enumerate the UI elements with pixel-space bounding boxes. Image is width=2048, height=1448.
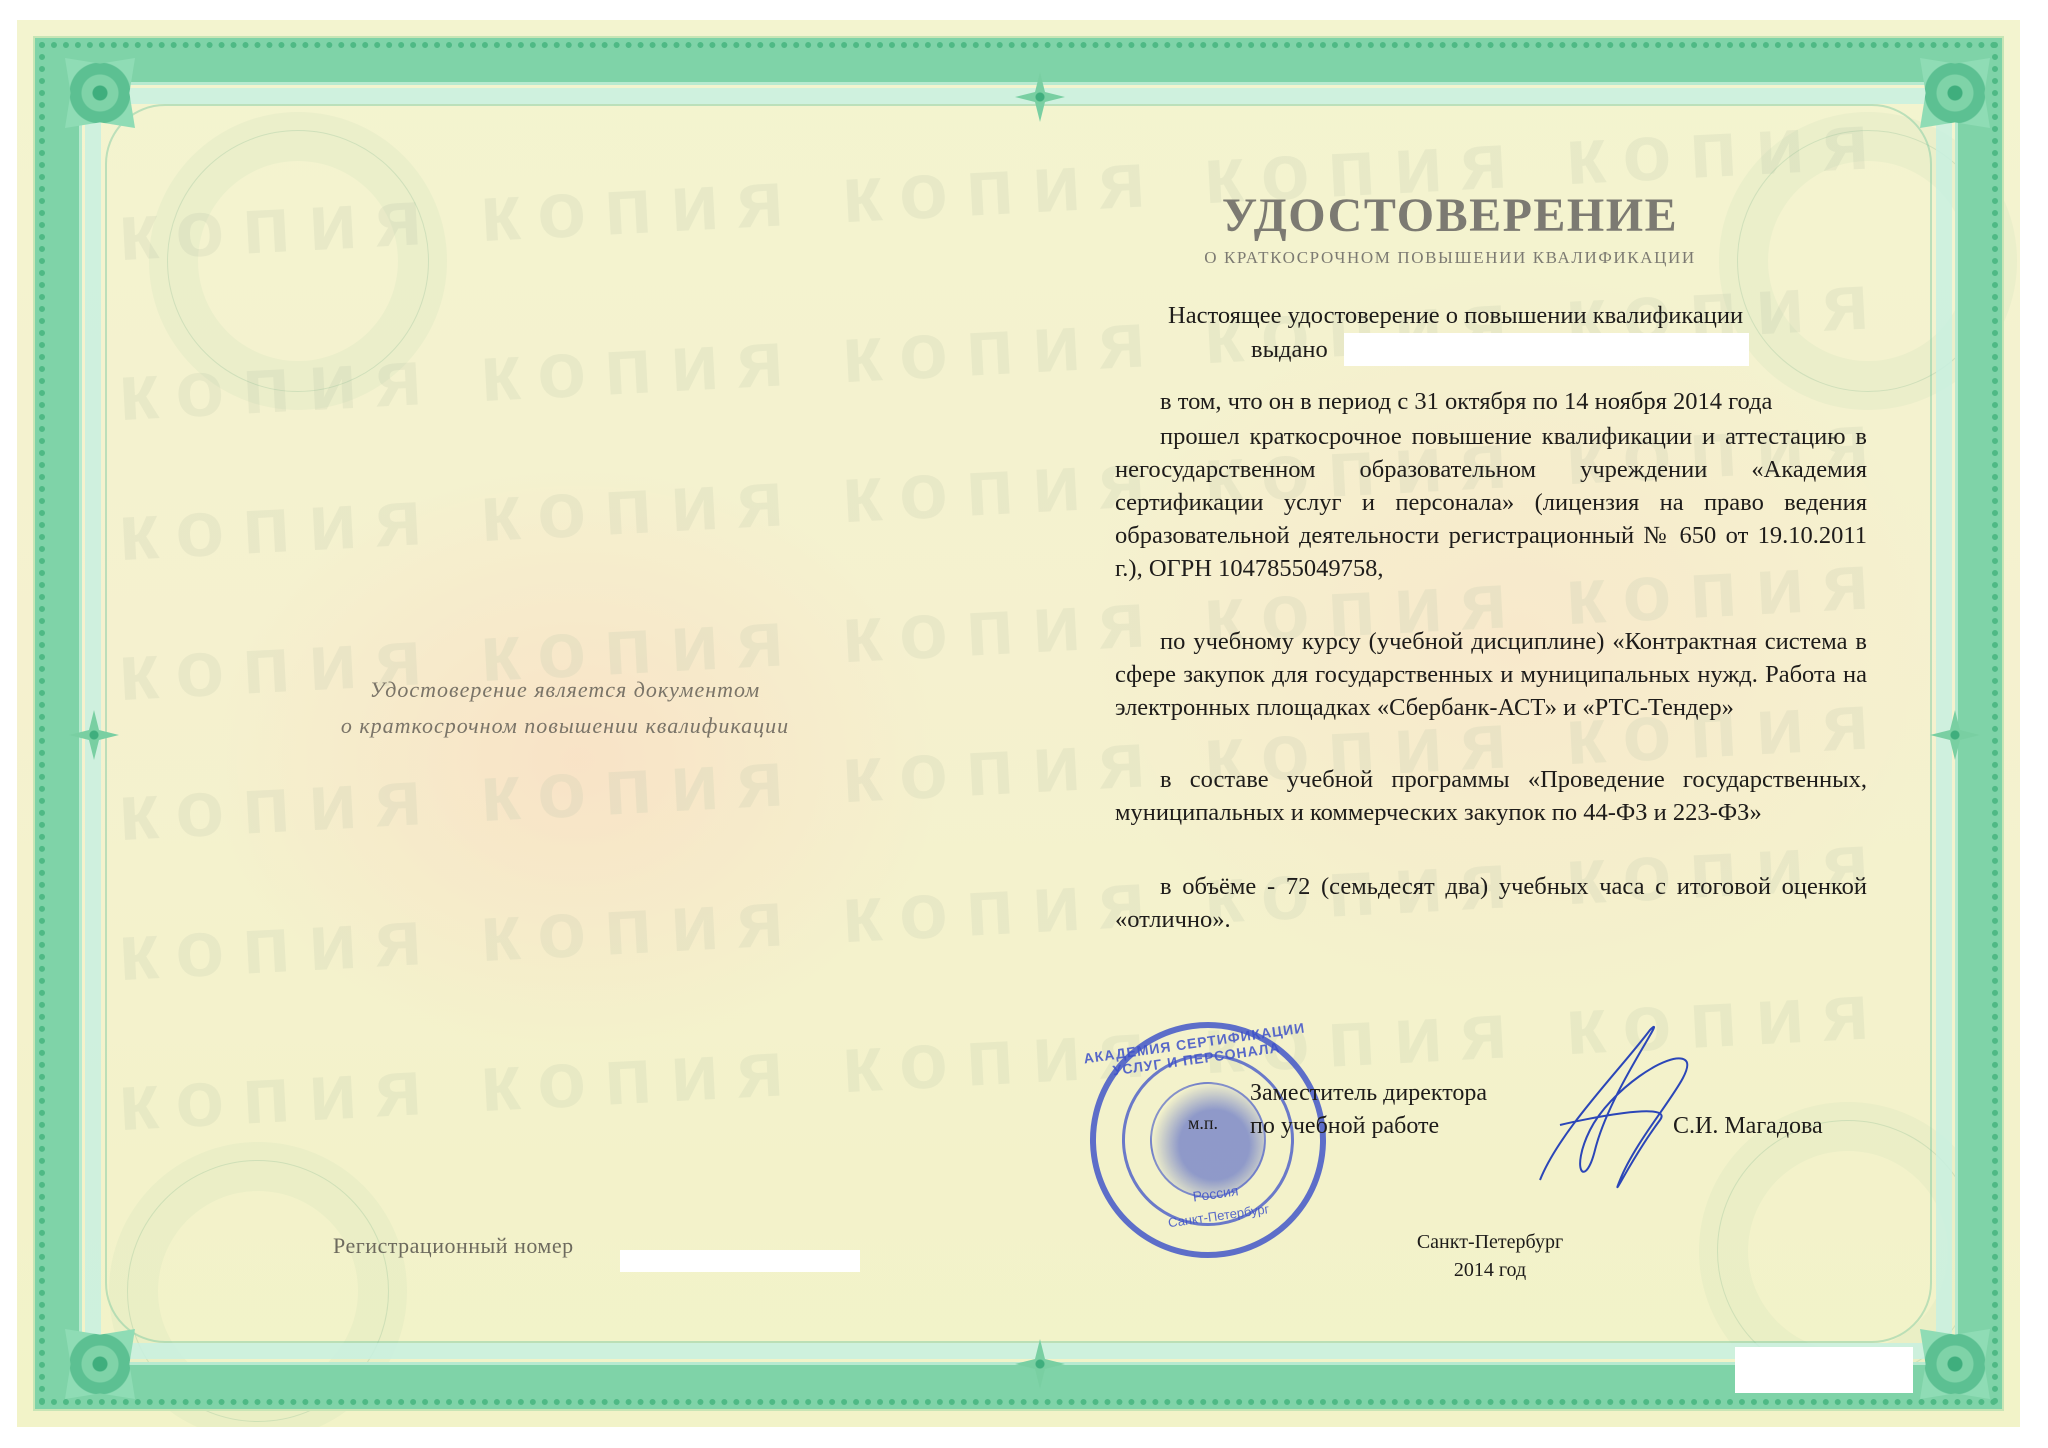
- city: Санкт-Петербург: [1380, 1228, 1600, 1256]
- stamp-place-label: м.п.: [1188, 1113, 1218, 1134]
- year: 2014 год: [1380, 1256, 1600, 1284]
- registration-number-label: Регистрационный номер: [333, 1233, 574, 1259]
- intro-line: Настоящее удостоверение о повышении квал…: [1168, 302, 1858, 330]
- volume-paragraph: в объёме - 72 (семьдесят два) учебных ча…: [1115, 870, 1867, 936]
- signatory-title-line-1: Заместитель директора: [1250, 1080, 1487, 1107]
- signature-icon: [1500, 1010, 1730, 1210]
- corner-rosette-icon: [1920, 58, 1990, 128]
- city-year-block: Санкт-Петербург 2014 год: [1380, 1228, 1600, 1284]
- registration-number-redacted: [620, 1250, 860, 1272]
- certificate-subtitle: О КРАТКОСРОЧНОМ ПОВЫШЕНИИ КВАЛИФИКАЦИИ: [1120, 248, 1780, 268]
- left-page-caption: Удостоверение является документом о крат…: [270, 672, 860, 744]
- issued-label: выдано: [1251, 336, 1328, 364]
- corner-rosette-icon: [65, 1329, 135, 1399]
- caption-line-2: о краткосрочном повышении квалификации: [270, 708, 860, 744]
- caption-line-1: Удостоверение является документом: [270, 672, 860, 708]
- corner-rosette-icon: [65, 58, 135, 128]
- certificate-title: УДОСТОВЕРЕНИЕ: [1120, 188, 1780, 243]
- institution-paragraph: прошел краткосрочное повышение квалифика…: [1115, 420, 1867, 585]
- course-paragraph: по учебному курсу (учебной дисциплине) «…: [1115, 625, 1867, 724]
- program-paragraph: в составе учебной программы «Проведение …: [1115, 763, 1867, 829]
- corner-rosette-icon: [1920, 1329, 1990, 1399]
- redacted-corner-area: [1735, 1347, 1913, 1393]
- recipient-name-redacted: [1344, 333, 1749, 366]
- period-line: в том, что он в период с 31 октября по 1…: [1115, 385, 1867, 418]
- signatory-title-line-2: по учебной работе: [1250, 1113, 1439, 1140]
